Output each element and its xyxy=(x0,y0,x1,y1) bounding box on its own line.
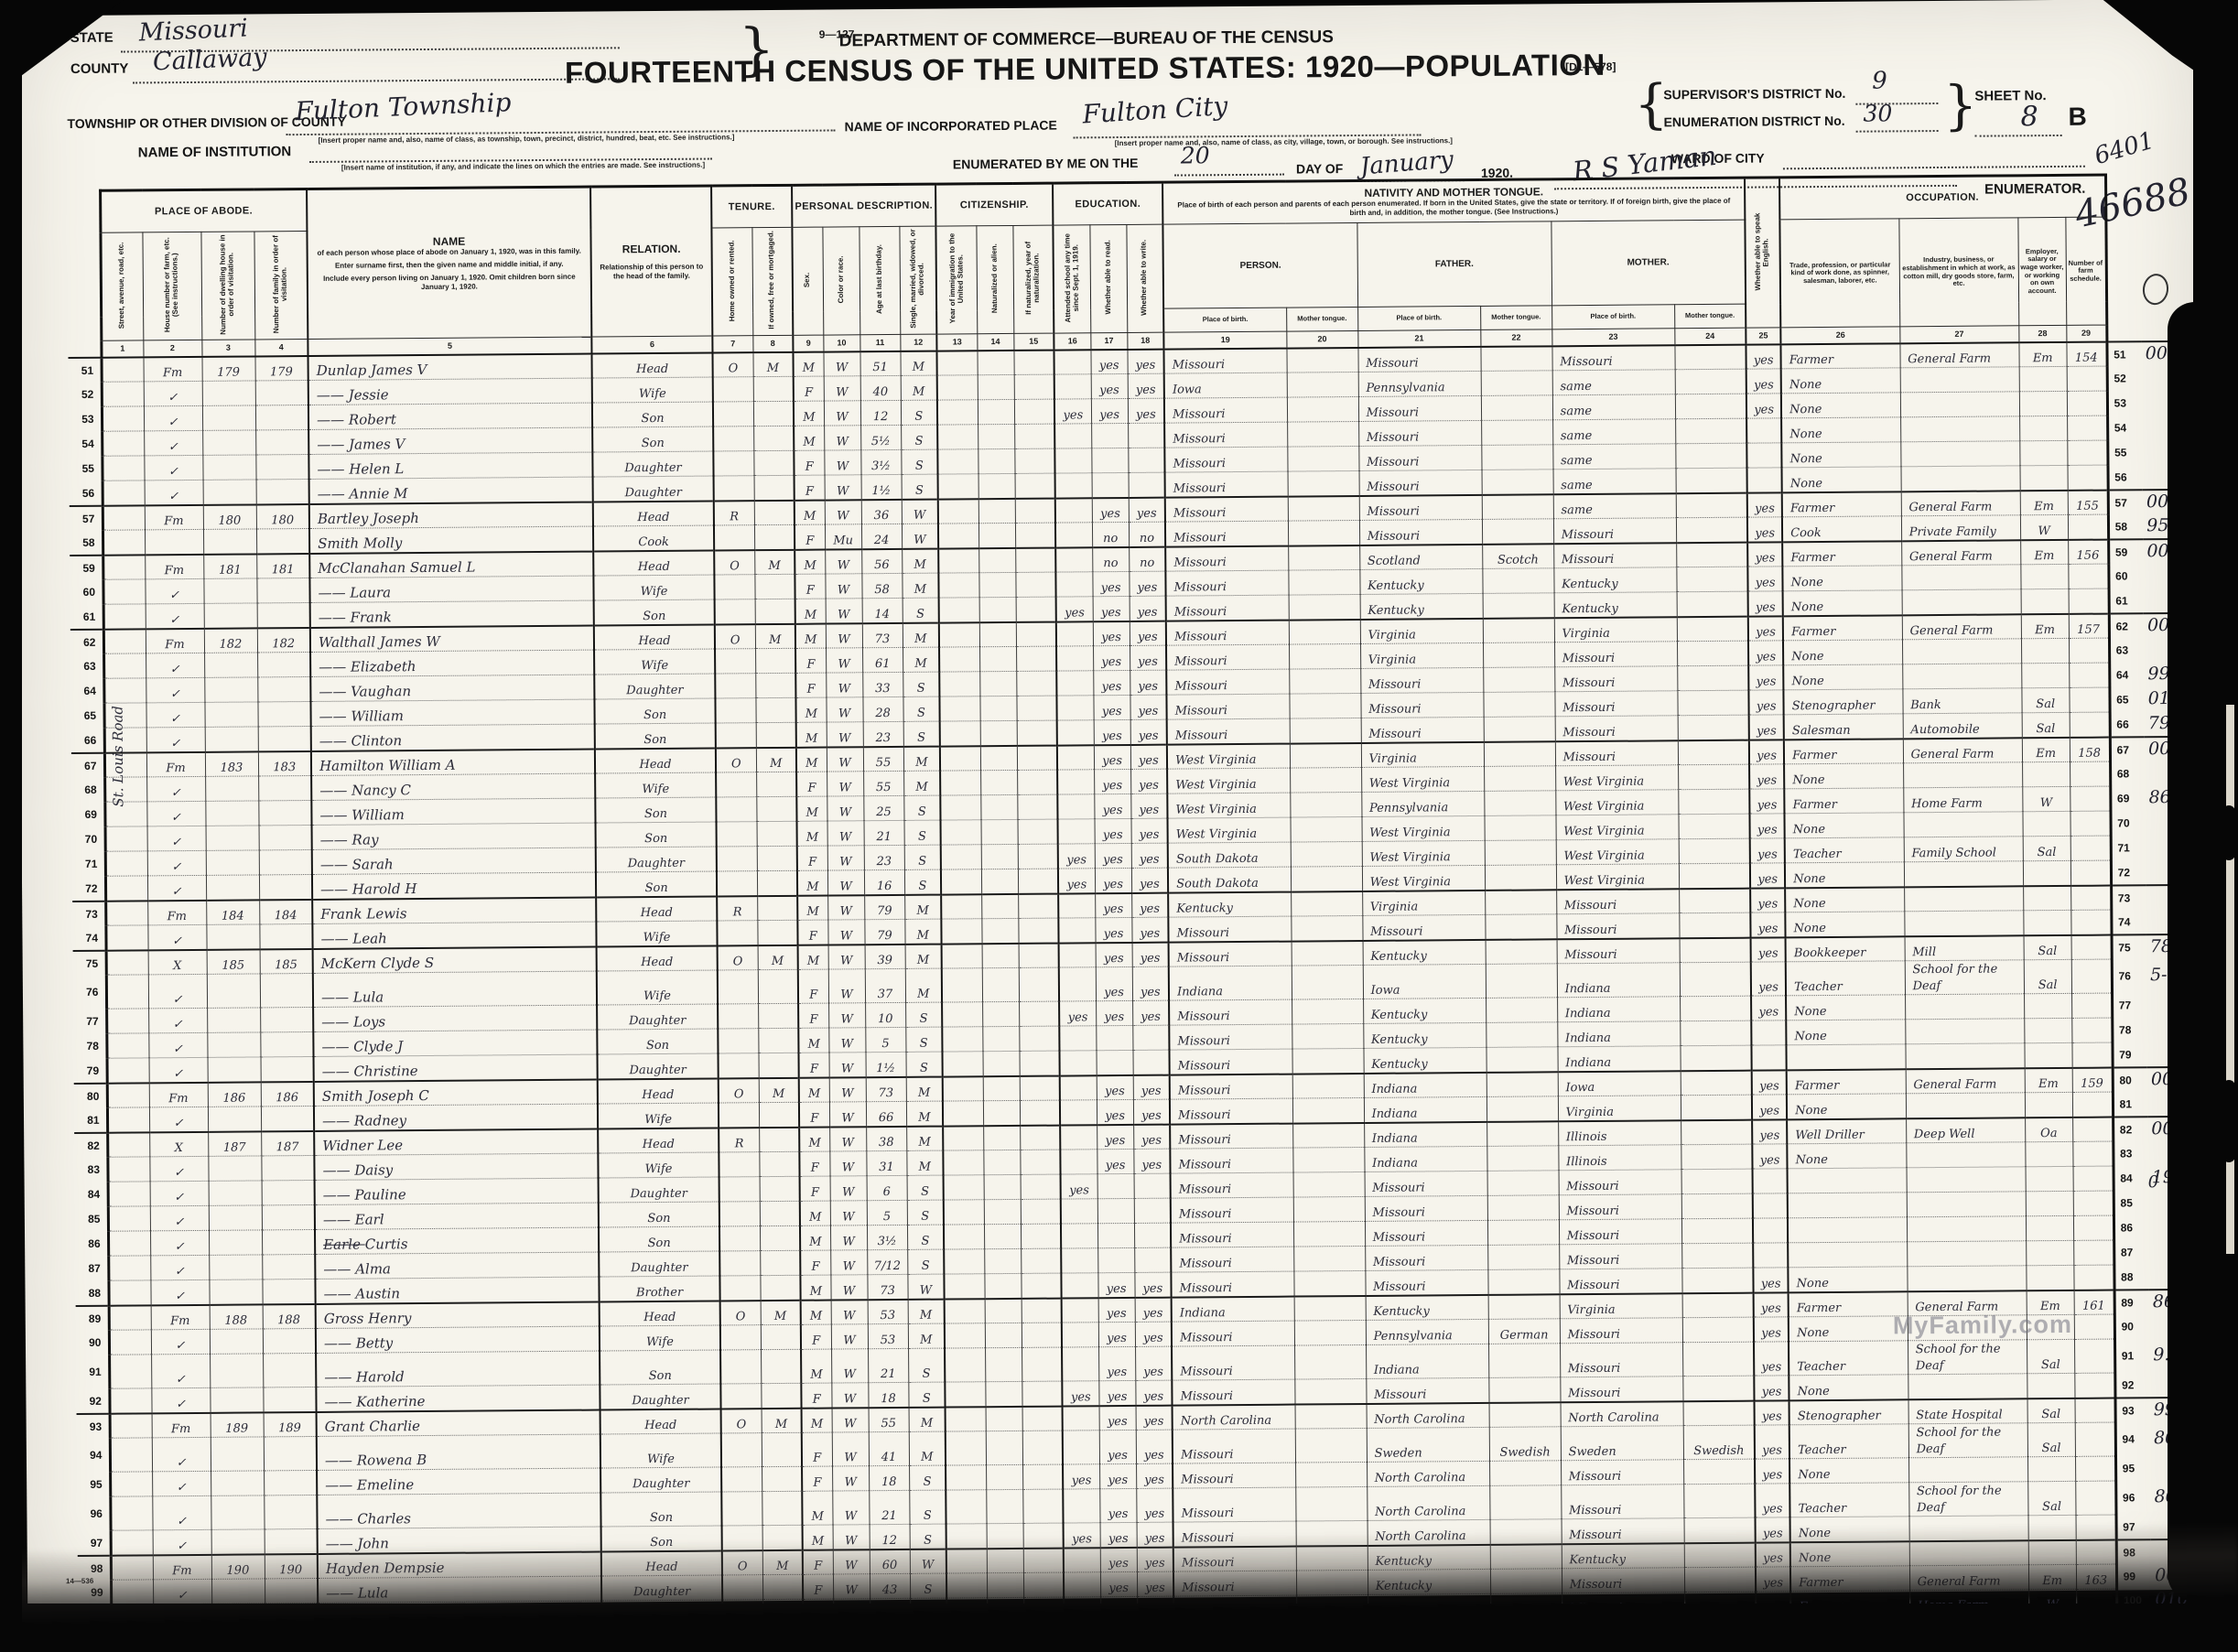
cell: Missouri xyxy=(1172,1321,1294,1346)
cell: Missouri xyxy=(1365,1195,1487,1221)
person-place-of-birth: Place of birth. xyxy=(1163,308,1286,332)
cell: W xyxy=(825,500,861,524)
cell: M xyxy=(905,944,942,968)
cell xyxy=(762,1491,802,1525)
cell xyxy=(713,377,753,402)
line-number: 87 xyxy=(75,1256,108,1280)
cell: O xyxy=(715,624,755,649)
cell: M xyxy=(795,697,826,722)
cell: ✓ xyxy=(151,1387,210,1413)
cell xyxy=(1907,1241,2026,1267)
mother-mother-tongue: Mother tongue. xyxy=(1674,304,1746,329)
cell: Deep Well xyxy=(1906,1118,2025,1143)
cell: Em xyxy=(2020,490,2068,514)
day-of-label: DAY OF xyxy=(1296,161,1343,176)
cell: S xyxy=(908,1382,945,1407)
cell xyxy=(1487,1171,1559,1196)
cell: Fm xyxy=(147,900,206,925)
cell xyxy=(262,1279,315,1303)
column-number: 29 xyxy=(2066,325,2106,341)
cell xyxy=(760,1201,800,1226)
cell: yes xyxy=(1747,567,1782,591)
cell xyxy=(210,1329,263,1354)
cell xyxy=(2071,993,2112,1018)
line-number: 66 xyxy=(71,728,104,752)
group-place-of-abode: PLACE OF ABODE. xyxy=(100,189,307,233)
cell xyxy=(103,579,145,604)
line-number-right: 55 xyxy=(2107,440,2142,465)
cell xyxy=(1057,696,1094,720)
cell: ✓ xyxy=(146,677,204,703)
cell: 21 xyxy=(869,1490,909,1524)
cell xyxy=(1900,441,2019,467)
line-number-right: 83 xyxy=(2113,1141,2147,1166)
cell xyxy=(102,456,144,480)
cell xyxy=(2071,934,2112,959)
cell xyxy=(1060,1125,1097,1150)
cell: Missouri xyxy=(1559,1269,1681,1294)
cell: None xyxy=(1785,912,1904,937)
cell xyxy=(984,1248,1021,1273)
cell: yes xyxy=(1754,1342,1789,1376)
cell: 18 xyxy=(869,1465,909,1490)
cell xyxy=(2070,836,2111,860)
cell xyxy=(1054,374,1091,399)
cell xyxy=(1681,1243,1753,1269)
cell xyxy=(939,672,979,696)
cell: M xyxy=(906,1076,943,1101)
cell: M xyxy=(906,1150,943,1175)
cell xyxy=(202,405,255,430)
census-table-body: 51Fm179179Dunlap James VHeadOMMW51Myesye… xyxy=(69,340,2216,1629)
sheet-value: 8 xyxy=(2020,101,2038,133)
cell: W xyxy=(825,549,861,574)
cell: yes xyxy=(1097,1124,1133,1149)
cell xyxy=(103,604,146,629)
cell: Missouri xyxy=(1552,345,1675,371)
cell: 73 xyxy=(862,622,903,647)
column-number: 14 xyxy=(977,333,1013,350)
cell xyxy=(1134,1198,1171,1223)
subgroup-father: FATHER. xyxy=(1357,221,1551,308)
cell: W xyxy=(831,1349,868,1383)
cell: ✓ xyxy=(146,801,205,826)
cell xyxy=(1022,1406,1063,1431)
cell xyxy=(758,1003,798,1028)
cell: F xyxy=(795,524,825,549)
cell: Missouri xyxy=(1560,1318,1682,1344)
cell: yes xyxy=(1098,1322,1135,1346)
cell: Virginia xyxy=(1360,618,1483,643)
cell: —— Nancy C xyxy=(311,773,595,800)
cell xyxy=(2070,786,2110,811)
cell: Bank xyxy=(1903,688,2022,714)
cell: 185 xyxy=(260,948,313,973)
cell xyxy=(938,548,978,573)
cell xyxy=(2074,1373,2114,1398)
cell xyxy=(256,578,309,602)
cell xyxy=(106,1009,148,1033)
cell: Grant Charlie xyxy=(317,1409,600,1436)
cell: North Carolina xyxy=(1367,1485,1489,1520)
cell: Missouri xyxy=(1555,691,1678,717)
cell: 73 xyxy=(866,1076,906,1101)
cell: M xyxy=(754,549,795,574)
column-number: 13 xyxy=(936,334,977,351)
cell: —— Earl xyxy=(315,1203,599,1229)
cell: no xyxy=(1129,522,1165,546)
cell xyxy=(1488,1377,1560,1403)
cell xyxy=(984,1273,1021,1298)
cell: Sal xyxy=(2024,934,2071,959)
cell: 7/12 xyxy=(867,1249,907,1274)
column-house-number: House number or farm, etc. (See instruct… xyxy=(142,232,201,340)
cell xyxy=(2068,514,2108,539)
cell: same xyxy=(1552,370,1675,395)
column-number: 8 xyxy=(752,335,793,351)
cell: 156 xyxy=(2068,539,2108,564)
cell xyxy=(108,1280,150,1305)
cell xyxy=(1059,967,1096,1001)
cell: W xyxy=(902,499,938,524)
cell xyxy=(262,1180,315,1204)
cell: Missouri xyxy=(1365,1269,1487,1295)
line-number-right: 54 xyxy=(2107,416,2142,440)
cell xyxy=(1484,717,1555,742)
cell xyxy=(1293,1221,1365,1247)
cell xyxy=(1063,1406,1099,1431)
cell: 33 xyxy=(862,672,903,696)
cell: None xyxy=(1789,1267,1908,1292)
cell xyxy=(1020,1051,1060,1075)
cell xyxy=(986,1406,1022,1431)
cell xyxy=(754,475,795,500)
cell: None xyxy=(1789,1458,1908,1484)
cell xyxy=(721,1492,762,1526)
cell xyxy=(1019,1026,1059,1051)
scan-blob-right-2 xyxy=(2222,1080,2235,1162)
cell: 181 xyxy=(203,554,256,578)
cell xyxy=(716,723,756,748)
street-name-note: St. Louis Road xyxy=(109,629,127,807)
cell: F xyxy=(795,648,826,673)
line-number-right: 69 xyxy=(2110,786,2145,811)
line-number-right: 76 xyxy=(2112,959,2146,993)
cell xyxy=(1292,1122,1364,1148)
cell xyxy=(1681,1144,1752,1170)
cell xyxy=(1293,1246,1365,1271)
cell: —— Helen L xyxy=(308,452,592,479)
cell xyxy=(262,1254,315,1279)
cell: W xyxy=(2022,786,2070,811)
cell xyxy=(1677,665,1748,691)
cell: Missouri xyxy=(1165,471,1288,497)
cell xyxy=(1907,1216,2026,1242)
group-relation: RELATION. Relationship of this person to… xyxy=(590,186,712,337)
cell: yes xyxy=(1752,1119,1787,1144)
cell: yes xyxy=(1749,715,1784,740)
cell xyxy=(1129,472,1165,497)
cell: Bookkeeper xyxy=(1786,936,1905,962)
line-number-right: 67 xyxy=(2110,737,2145,761)
line-number: 83 xyxy=(74,1157,107,1182)
cell xyxy=(1015,572,1055,597)
cell: yes xyxy=(1097,1074,1133,1099)
cell: West Virginia xyxy=(1167,743,1290,769)
cell: Teacher xyxy=(1786,961,1905,996)
cell: W xyxy=(829,1102,866,1127)
cell xyxy=(1293,1196,1365,1222)
cell xyxy=(206,850,259,875)
cell: yes xyxy=(1132,966,1169,1000)
cell xyxy=(1063,1431,1099,1464)
cell: Stenographer xyxy=(1784,689,1903,715)
cell: W xyxy=(831,1324,868,1349)
column-number: 20 xyxy=(1286,330,1357,348)
cell xyxy=(1060,1075,1097,1100)
cell: 3½ xyxy=(860,449,901,474)
cell: 180 xyxy=(203,504,256,529)
cell: ✓ xyxy=(149,1107,208,1132)
cell: 154 xyxy=(2067,341,2107,366)
cell xyxy=(1906,1043,2025,1069)
cell: Daughter xyxy=(594,674,715,699)
line-number-right: 73 xyxy=(2111,885,2146,910)
cell xyxy=(1679,912,1750,938)
cell: Son xyxy=(596,822,717,848)
state-value: Missouri xyxy=(138,14,248,47)
cell: S xyxy=(903,721,940,746)
cell xyxy=(106,1033,148,1058)
cell: Head xyxy=(598,1128,719,1153)
cell: Teacher xyxy=(1785,837,1904,863)
cell: —— Annie M xyxy=(309,477,593,503)
cell: 66 xyxy=(866,1101,906,1126)
department-line: DEPARTMENT OF COMMERCE—BUREAU OF THE CEN… xyxy=(730,27,1443,52)
cell xyxy=(204,677,257,702)
cell: ✓ xyxy=(148,974,207,1009)
line-number-right: 68 xyxy=(2110,761,2145,786)
cell: Fm xyxy=(143,356,201,382)
line-number-right: 59 xyxy=(2108,539,2143,564)
cell: Missouri xyxy=(1171,1271,1293,1297)
line-number-right: 91 xyxy=(2114,1339,2149,1373)
cell: 79 xyxy=(864,894,904,919)
cell xyxy=(1022,1464,1063,1489)
cell xyxy=(1486,939,1557,965)
cell: M xyxy=(904,894,941,919)
cell: Son xyxy=(594,698,715,724)
cell xyxy=(1019,1001,1059,1026)
cell: W xyxy=(829,1127,866,1151)
cell xyxy=(1907,1167,2026,1193)
column-number: 9 xyxy=(793,335,823,351)
column-industry: Industry, business, or establishment in … xyxy=(1899,218,2019,327)
cell xyxy=(755,648,795,673)
cell: Indiana xyxy=(1364,1072,1487,1097)
cell xyxy=(1291,816,1362,842)
cell: yes xyxy=(1754,1292,1789,1317)
cell: M xyxy=(800,1201,830,1226)
cell: Missouri xyxy=(1358,395,1481,421)
cell xyxy=(1683,1459,1755,1485)
cell: yes xyxy=(1130,695,1167,719)
cell: Missouri xyxy=(1172,1379,1294,1405)
line-number: 76 xyxy=(73,975,106,1009)
cell xyxy=(1676,492,1747,518)
enumeration-district-value: 30 xyxy=(1863,100,1892,126)
cell xyxy=(1681,1095,1752,1120)
cell: Sal xyxy=(2022,687,2070,712)
line-number: 80 xyxy=(74,1083,107,1107)
cell xyxy=(258,775,311,800)
cell xyxy=(1485,865,1556,891)
cell xyxy=(260,1007,313,1031)
cell: yes xyxy=(1096,942,1132,966)
cell xyxy=(1058,893,1095,918)
cell xyxy=(1487,1121,1558,1147)
cell xyxy=(713,426,753,451)
cell xyxy=(2026,1166,2073,1191)
cell xyxy=(937,375,978,400)
cell: Fm xyxy=(146,751,205,777)
cell: —— Katherine xyxy=(316,1385,600,1411)
cell: Sal xyxy=(2027,1481,2075,1515)
cell: yes xyxy=(1133,1149,1170,1173)
cell: Missouri xyxy=(1170,1098,1292,1124)
cell: M xyxy=(794,426,824,450)
cell xyxy=(2023,910,2070,934)
cell: yes xyxy=(1095,843,1131,868)
cell xyxy=(978,523,1015,547)
cell: F xyxy=(798,969,828,1003)
cell: yes xyxy=(1129,497,1165,522)
cell xyxy=(760,1226,800,1250)
cell: Daughter xyxy=(596,847,717,872)
cell: 38 xyxy=(866,1126,906,1150)
cell: ✓ xyxy=(148,1032,207,1058)
cell: yes xyxy=(1755,1425,1789,1459)
cell xyxy=(983,1125,1020,1150)
cell: —— William xyxy=(311,699,595,726)
cell xyxy=(944,1274,984,1299)
cell xyxy=(209,1255,262,1279)
cell xyxy=(941,869,981,894)
cell xyxy=(979,621,1016,646)
cell xyxy=(1017,696,1057,720)
cell: North Carolina xyxy=(1173,1404,1295,1430)
line-number: 89 xyxy=(76,1305,109,1330)
cell: 40 xyxy=(860,375,901,400)
cell xyxy=(1675,344,1746,370)
cell xyxy=(714,476,754,501)
cell: yes xyxy=(1130,621,1166,645)
cell: Sal xyxy=(2023,836,2070,860)
cell xyxy=(713,451,753,476)
nativity-desc: Place of birth of each person and parent… xyxy=(1163,197,1744,220)
cell: None xyxy=(1785,813,1904,838)
line-number-right: 53 xyxy=(2107,391,2142,416)
cell xyxy=(946,1431,986,1465)
cell: yes xyxy=(1136,1430,1173,1463)
line-number-right: 77 xyxy=(2112,993,2146,1018)
cell xyxy=(1906,1093,2025,1118)
relation-title: RELATION. xyxy=(592,243,711,256)
cell: Well Driller xyxy=(1787,1118,1906,1144)
cell xyxy=(2027,1373,2074,1398)
cell xyxy=(1021,1273,1061,1298)
cell xyxy=(719,1177,760,1202)
cell xyxy=(206,875,259,900)
column-attended-school: Attended school any time since Sept. 1, … xyxy=(1054,225,1091,333)
cell xyxy=(103,530,145,555)
cell xyxy=(942,1027,982,1052)
cell xyxy=(110,1472,152,1496)
enumerated-day-value: 20 xyxy=(1181,142,1210,168)
cell: —— Radney xyxy=(314,1104,598,1130)
cell: M xyxy=(756,747,796,772)
cell: S xyxy=(904,845,941,869)
cell: F xyxy=(800,1250,830,1275)
cell: same xyxy=(1552,419,1675,445)
cell: Son xyxy=(599,1226,719,1252)
line-number: 77 xyxy=(73,1009,106,1033)
cell: —— William xyxy=(311,798,595,825)
cell xyxy=(719,1152,759,1177)
cell xyxy=(211,1437,264,1471)
cell xyxy=(938,474,978,499)
cell xyxy=(1022,1431,1063,1464)
cell: yes xyxy=(1098,1346,1135,1380)
cell: Daughter xyxy=(593,476,714,502)
cell: Head xyxy=(600,1409,721,1434)
cell: 10 xyxy=(865,1002,905,1027)
line-number-right: 64 xyxy=(2109,663,2144,687)
cell: 79 xyxy=(864,919,904,944)
cell: Son xyxy=(594,599,715,625)
cell xyxy=(1681,1268,1753,1293)
cell xyxy=(940,746,980,771)
cell: Daughter xyxy=(599,1251,719,1277)
cell xyxy=(1485,815,1556,841)
cell: yes xyxy=(1128,349,1164,373)
cell: W xyxy=(831,1300,868,1324)
cell xyxy=(145,529,203,555)
cell xyxy=(754,500,795,524)
cell xyxy=(941,894,981,919)
cell xyxy=(1746,443,1781,468)
cell xyxy=(1290,792,1361,817)
cell xyxy=(1484,791,1555,816)
column-number: 18 xyxy=(1127,332,1163,349)
cell xyxy=(2070,811,2111,836)
line-number-right: 87 xyxy=(2114,1240,2148,1265)
cell: None xyxy=(1781,442,1900,468)
line-number: 73 xyxy=(72,901,105,925)
cell xyxy=(978,448,1014,473)
cell xyxy=(1487,1096,1558,1122)
line-number-right: 72 xyxy=(2111,860,2146,885)
cell xyxy=(1290,742,1361,768)
column-number: 10 xyxy=(823,335,860,351)
cell: Missouri xyxy=(1173,1429,1295,1463)
cell xyxy=(753,376,794,401)
cell xyxy=(1016,671,1056,696)
column-number: 21 xyxy=(1357,329,1480,347)
cell xyxy=(2072,1092,2113,1117)
cell: Missouri xyxy=(1164,397,1287,423)
cell xyxy=(1481,420,1552,446)
